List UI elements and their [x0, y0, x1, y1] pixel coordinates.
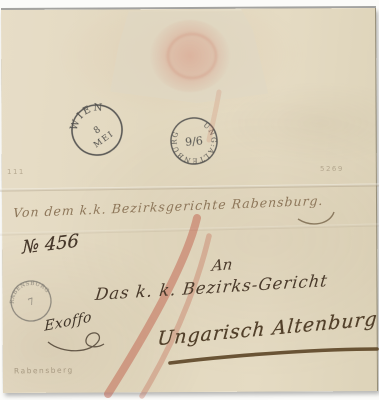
cover-scan: WIEN 8 MEI UNG:ALTENBURG 9/6 RABENSBURG …	[0, 0, 379, 400]
pencil-note-right-edge: 5269	[320, 165, 344, 173]
pencil-note-left-edge: 111	[7, 168, 25, 176]
pencil-note-bottom-left: Rabensberg	[14, 365, 74, 375]
arrival-postmark-center: 9/6	[185, 134, 204, 148]
address-line-1: An	[211, 255, 233, 275]
wax-seal-ring	[167, 33, 217, 79]
origin-postmark-center: 7	[27, 297, 36, 308]
